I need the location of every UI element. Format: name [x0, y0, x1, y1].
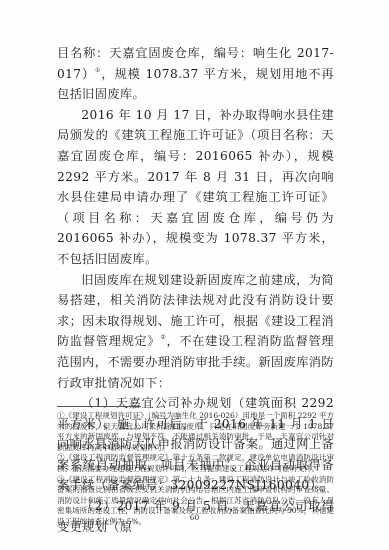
footnotes: ①《建设工程规划许可证》（编号为响生化 2016-026）用地是一个面积 229…	[57, 411, 334, 528]
document-page: 目名称：天嘉宜固废仓库，编号：响生化 2017-017）①，规模 1078.37…	[0, 0, 389, 550]
paragraph-2: 2016 年 10 月 17 日，补办取得响水县住建局颁发的《建筑工程施工许可证…	[57, 105, 334, 270]
footnote-2: ②《建设工程消防监督管理规定》第十五条第二款规定，建设单位申请消防设计审核、备法…	[57, 453, 334, 474]
footnote-divider	[57, 406, 141, 407]
paragraph-3: 旧固废库在规划建设新固废库之前建成，为简易搭建，相关消防法律法规对此没有消防设计…	[57, 270, 334, 394]
footnote-1: ①《建设工程规划许可证》（编号为响生化 2016-026）用地是一个面积 229…	[57, 411, 334, 453]
paragraph-1: 目名称：天嘉宜固废仓库，编号：响生化 2017-017）①，规模 1078.37…	[57, 43, 334, 105]
page-number: 60	[0, 513, 389, 522]
paragraph-text: 2016 年 10 月 17 日，补办取得响水县住建局颁发的《建筑工程施工许可证…	[57, 108, 334, 266]
